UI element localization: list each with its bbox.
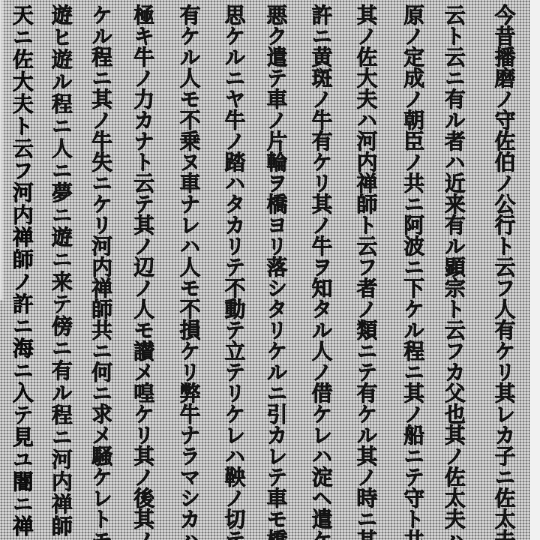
manuscript-column-1: 今昔播磨ノ守佐伯ノ公行ト云フ人有ケリ其レカ子ニ佐太夫ハ: [484, 4, 524, 536]
manuscript-column-11: 遊ヒ遊ル程ニ人ニ夢ニ遊ニ来テ傍ニ有ル程ニ河内禅師: [41, 4, 81, 536]
right-margin-strip: [530, 0, 540, 540]
manuscript-column-2: 云ト云ニ有ル者ハ近来有ル顕宗ト云フカ父也其ノ佐太夫ハ阿: [434, 4, 474, 536]
manuscript-page: 今昔播磨ノ守佐伯ノ公行ト云フ人有ケリ其レカ子ニ佐太夫ハ 云ト云ニ有ル者ハ近来有ル…: [0, 0, 540, 540]
manuscript-column-4: 其ノ佐大夫ハ河内禅師ト云フ者ノ類ニテ有ケル其ノ時ニ其ノ: [346, 4, 386, 536]
manuscript-column-3: 原ノ定成ノ朝臣ノ共ニ阿波ニ下ケル程ニ其ノ船ニテ守ト共ニ: [393, 4, 433, 536]
manuscript-column-8: 有ケル人モ不乗ヌ車ナレハ人モ不損ケリ弊牛ナラマシカハ被引テ落: [169, 4, 209, 536]
manuscript-column-9: 極キ牛ノ力カナト云テ其ノ辺ノ人モ讃メ喤ケリ其ノ後其ノ牛ヲ労リ飼: [123, 4, 163, 536]
manuscript-column-10: ケル程ニ其ノ牛失ニケリ河内禅師共ニ何ニ求メ騒ケレトモ: [81, 4, 121, 536]
manuscript-column-12: 天ニ佐大夫ト云フ河内禅師ノ許ニ海ニ入テ見ユ闇ニ禅: [2, 4, 42, 536]
manuscript-column-5: 許ニ黄斑ノ牛有ケリ其ノ牛ヲ知タル人ノ借ケレハ淀ヘ遣ケルニ集ノ橋: [301, 4, 341, 536]
manuscript-column-6: 悪ク遣テ車ノ片輪ヲ橋ヨリ落シタリケルニ引カレテ車モ橋ヨリ落: [256, 4, 296, 536]
manuscript-column-7: 思ケルニヤ牛ノ踏ハタカリテ不動テ立テリケレハ鞅ノ切テ車ハ落テ損シニケリ: [214, 4, 254, 536]
